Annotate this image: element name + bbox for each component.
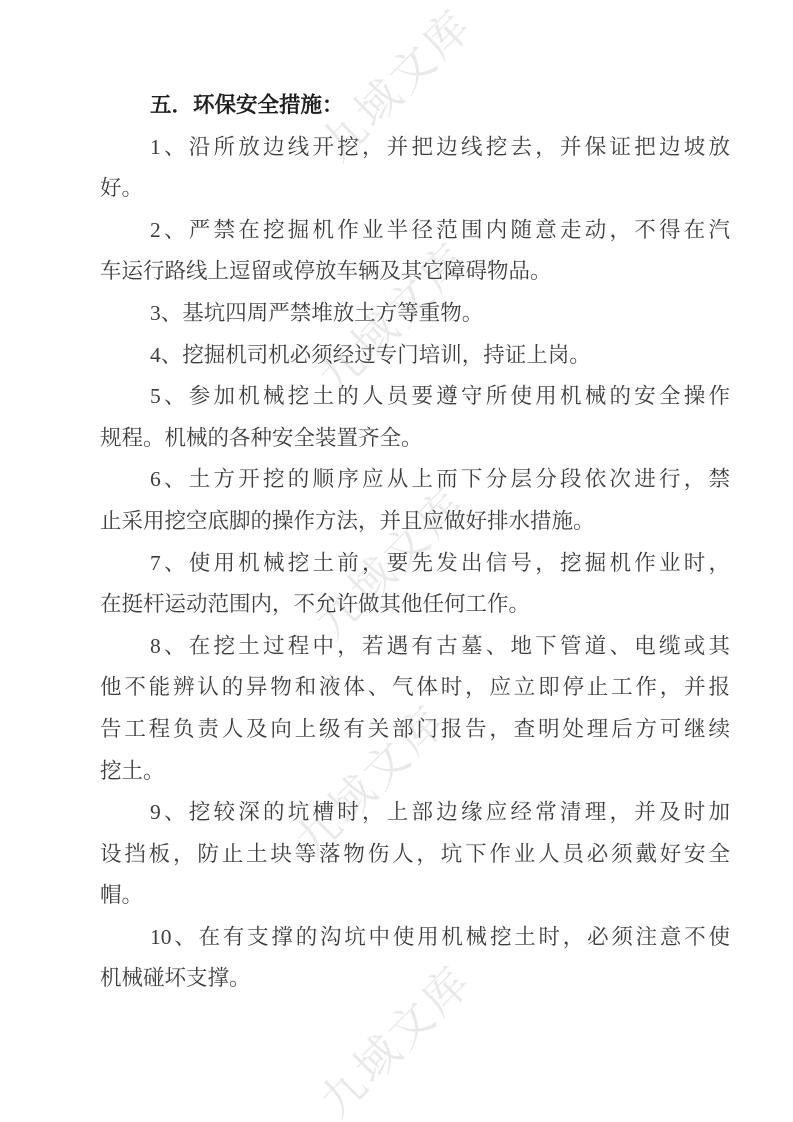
text-line: 4、挖掘机司机必须经过专门培训，持证上岗。 [100, 335, 730, 377]
text-line: 规程。机械的各种安全装置齐全。 [100, 418, 730, 460]
document-page: 九域文库九域文库九域文库九域文库九域文库 五．环保安全措施： 1、沿所放边线开挖… [0, 0, 793, 1122]
text-line: 在挺杆运动范围内，不允许做其他任何工作。 [100, 584, 730, 626]
text-line: 机械碰坏支撑。 [100, 958, 730, 1000]
document-content: 五．环保安全措施： 1、沿所放边线开挖，并把边线挖去，并保证把边坡放好。2、严禁… [100, 85, 730, 1000]
text-line: 9、挖较深的坑槽时，上部边缘应经常清理，并及时加 [100, 792, 730, 834]
text-line: 他不能辨认的异物和液体、气体时，应立即停止工作，并报 [100, 667, 730, 709]
text-line: 设挡板，防止土块等落物伤人，坑下作业人员必须戴好安全 [100, 834, 730, 876]
text-line: 告工程负责人及向上级有关部门报告，查明处理后方可继续 [100, 709, 730, 751]
text-line: 1、沿所放边线开挖，并把边线挖去，并保证把边坡放 [100, 127, 730, 169]
text-line: 帽。 [100, 875, 730, 917]
text-line: 好。 [100, 168, 730, 210]
text-line: 挖土。 [100, 751, 730, 793]
text-line: 6、土方开挖的顺序应从上而下分层分段依次进行，禁 [100, 459, 730, 501]
text-line: 车运行路线上逗留或停放车辆及其它障碍物品。 [100, 251, 730, 293]
text-line: 7、使用机械挖土前，要先发出信号，挖掘机作业时， [100, 543, 730, 585]
text-line: 8、在挖土过程中，若遇有古墓、地下管道、电缆或其 [100, 626, 730, 668]
text-line: 止采用挖空底脚的操作方法，并且应做好排水措施。 [100, 501, 730, 543]
text-line: 2、严禁在挖掘机作业半径范围内随意走动，不得在汽 [100, 210, 730, 252]
section-title: 五．环保安全措施： [100, 85, 730, 127]
paragraph-list: 1、沿所放边线开挖，并把边线挖去，并保证把边坡放好。2、严禁在挖掘机作业半径范围… [100, 127, 730, 1000]
text-line: 5、参加机械挖土的人员要遵守所使用机械的安全操作 [100, 376, 730, 418]
text-line: 10、在有支撑的沟坑中使用机械挖土时，必须注意不使 [100, 917, 730, 959]
text-line: 3、基坑四周严禁堆放土方等重物。 [100, 293, 730, 335]
